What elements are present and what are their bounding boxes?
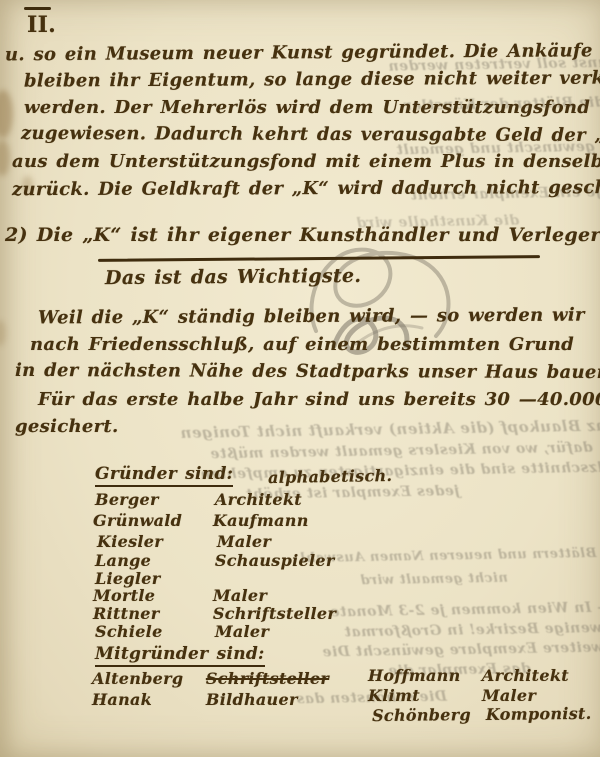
paper-stain: [0, 320, 6, 346]
paragraph-line: zugewiesen. Dadurch kehrt das verausgabt…: [21, 123, 600, 146]
founder-name: Lange: [95, 551, 207, 570]
cofounder-row: Altenberg Schriftsteller: [92, 669, 329, 688]
founder-row: Grünwald Kaufmann: [93, 511, 309, 530]
founder-row: Mortle Maler: [93, 586, 267, 605]
paragraph-line: u. so ein Museum neuer Kunst gegründet. …: [5, 40, 600, 66]
paragraph-line: Weil die „K“ ständig bleiben wird, — so …: [38, 305, 585, 329]
paragraph-line: nach Friedensschluß, auf einem bestimmte…: [30, 334, 574, 355]
cofounder-name: Klimt: [368, 686, 474, 705]
cofounder-profession: Komponist.: [486, 704, 592, 724]
section-item: 2) Die „K“ ist ihr eigener Kunsthändler …: [5, 224, 600, 246]
cofounder-row: Klimt Maler: [368, 686, 536, 705]
founder-row: Berger Architekt: [95, 490, 302, 509]
paragraph-line: aus dem Unterstützungsfond mit einem Plu…: [12, 151, 600, 172]
bleedthrough-line: von uns Blättern und neueren Namen Auswa…: [300, 545, 600, 566]
founder-name: Kiesler: [97, 532, 209, 551]
paper-stain: [0, 90, 13, 138]
cofounder-profession: Architekt: [482, 666, 569, 685]
manuscript-page: die neue Kunst soll vertreten werden und…: [0, 0, 600, 757]
alphabetical-note: alphabetisch.: [268, 466, 393, 487]
founder-name: Mortle: [93, 586, 205, 605]
cofounder-name: Hoffmann: [368, 666, 474, 685]
cofounder-profession: Bildhauer: [206, 690, 298, 709]
cofounder-name: Schönberg: [372, 705, 478, 725]
founder-profession: Maler: [215, 622, 269, 641]
bleedthrough-line: dafür, wo von Kieslers gemault werden mü…: [210, 440, 593, 463]
paper-stain: [0, 140, 10, 176]
cofounder-name: Hanak: [92, 690, 198, 709]
founder-profession: Maler: [213, 586, 267, 605]
founder-row: Lange Schauspieler: [95, 551, 335, 570]
paragraph-line: gesichert.: [15, 416, 119, 437]
bleedthrough-line: nicht gemault wird: [360, 571, 508, 589]
founder-name: Rittner: [93, 604, 205, 623]
founder-row: Schiele Maler: [95, 622, 269, 641]
page-number: II.: [27, 12, 56, 38]
founder-profession: Kaufmann: [213, 511, 309, 530]
cofounder-profession: Maler: [482, 686, 536, 705]
page-overline: [24, 7, 51, 10]
founder-profession: Schauspieler: [215, 551, 335, 570]
bleedthrough-line: weitere Exemplare gewünscht Die: [322, 640, 600, 661]
founder-name: Berger: [95, 490, 207, 509]
founder-profession: Schriftsteller: [213, 604, 336, 623]
paragraph-line: werden. Der Mehrerlös wird dem Unterstüt…: [24, 97, 590, 118]
bleedthrough-line: Franz Blaukopf (die Aktien) verkauft nic…: [180, 416, 600, 442]
founders-heading: Gründer sind:: [95, 464, 233, 487]
cofounders-heading: Mitgründer sind:: [95, 644, 265, 667]
bleedthrough-line: 12 wenige Bezirke! in Großformat: [344, 620, 600, 641]
founder-row: Kiesler Maler: [97, 532, 271, 551]
motto: Das ist das Wichtigste.: [105, 265, 361, 289]
paragraph-line: Für das erste halbe Jahr sind uns bereit…: [38, 389, 600, 410]
cofounder-row: Schönberg Komponist.: [372, 704, 592, 725]
paragraph-line: zurück. Die Geldkraft der „K“ wird dadur…: [12, 177, 600, 200]
founder-row: Rittner Schriftsteller: [93, 604, 336, 623]
cofounder-row: Hoffmann Architekt: [368, 666, 569, 685]
cofounder-name: Altenberg: [92, 669, 198, 688]
founder-name: Schiele: [95, 622, 207, 641]
cofounder-row: Hanak Bildhauer: [92, 690, 298, 709]
bleedthrough-line: — In Wien kommen je 2-3 Monate: [330, 600, 600, 621]
bleedthrough-line: Holzschnitte sind die einzigartigsten zu…: [200, 459, 600, 482]
cofounder-profession: Schriftsteller: [206, 669, 329, 688]
founder-profession: Maler: [217, 532, 271, 551]
paragraph-line: in der nächsten Nähe des Stadtparks unse…: [15, 360, 600, 383]
founder-name: Grünwald: [93, 511, 205, 530]
paragraph-line: bleiben ihr Eigentum, so lange diese nic…: [24, 67, 600, 91]
founder-profession: Architekt: [215, 490, 302, 509]
